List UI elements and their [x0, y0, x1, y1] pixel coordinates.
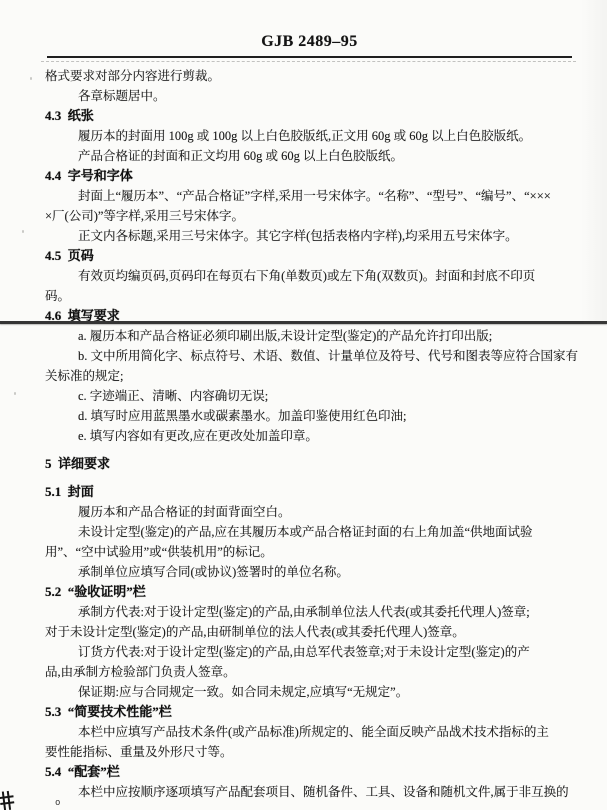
paragraph-line: b. 文中所用简化字、标点符号、术语、数值、计量单位及符号、代号和图表等应符合国…: [45, 346, 575, 366]
section-heading: 5.1 封面: [45, 482, 575, 502]
scan-speck-artifact: [22, 230, 24, 233]
paragraph-line: e. 填写内容如有更改,应在更改处加盖印章。: [45, 426, 575, 446]
paragraph-line: 品,由承制方检验部门负责人签章。: [45, 662, 575, 682]
paragraph-line: 有效页均编页码,页码印在每页右下角(单数页)或左下角(双数页)。封面和封底不印页: [45, 266, 575, 286]
paragraph-line: 格式要求对部分内容进行剪裁。: [45, 66, 575, 86]
paragraph-line: 各章标题居中。: [45, 86, 575, 106]
chapter-heading: 5 详细要求: [45, 454, 575, 474]
paragraph-line: 承制方代表:对于设计定型(鉴定)的产品,由承制单位法人代表(或其委托代理人)签章…: [45, 602, 575, 622]
paragraph-line: a. 履历本和产品合格证必须印刷出版,未设计定型(鉴定)的产品允许打印出版;: [45, 326, 575, 346]
paragraph-line: 封面上“履历本”、“产品合格证”字样,采用一号宋体字。“名称”、“型号”、“编号…: [45, 186, 575, 206]
section-heading: 5.4 “配套”栏: [45, 762, 575, 782]
stray-character: o: [55, 799, 60, 808]
paragraph-line: 承制单位应填写合同(或协议)签署时的单位名称。: [45, 562, 575, 582]
scan-edge-shade: [581, 0, 607, 324]
paragraph-line: 关标准的规定;: [45, 366, 575, 386]
paragraph-line: 保证期:应与合同规定一致。如合同未规定,应填写“无规定”。: [45, 682, 575, 702]
paragraph-line: c. 字迹端正、清晰、内容确切无误;: [45, 386, 575, 406]
scan-smudge-icon: [0, 790, 16, 810]
paragraph-line: 本栏中应按顺序逐项填写产品配套项目、随机备件、工具、设备和随机文件,属于非互换的: [45, 782, 575, 802]
section-heading: 5.2 “验收证明”栏: [45, 582, 575, 602]
paragraph-line: 对于未设计定型(鉴定)的产品,由研制单位的法人代表(或其委托代理人)签章。: [45, 622, 575, 642]
section-heading: 4.5 页码: [45, 246, 575, 266]
section-heading: 4.4 字号和字体: [45, 166, 575, 186]
paragraph-line: 产品合格证的封面和正文均用 60g 或 60g 以上白色胶版纸。: [45, 146, 575, 166]
scan-speck-artifact: [14, 392, 16, 395]
paragraph-line: 正文内各标题,采用三号宋体字。其它字样(包括表格内字样),均采用五号宋体字。: [45, 226, 575, 246]
scanned-document-page: GJB 2489–95 格式要求对部分内容进行剪裁。各章标题居中。4.3 纸张履…: [0, 0, 607, 810]
paragraph-line: 本栏中应填写产品技术条件(或产品标准)所规定的、能全面反映产品战术技术指标的主: [45, 722, 575, 742]
section-heading: 4.3 纸张: [45, 106, 575, 126]
scan-speck-artifact: [30, 77, 32, 80]
document-body: 格式要求对部分内容进行剪裁。各章标题居中。4.3 纸张履历本的封面用 100g …: [45, 66, 575, 802]
header-rule: [47, 56, 572, 58]
paragraph-line: 码。: [45, 286, 575, 306]
section-heading: 5.3 “简要技术性能”栏: [45, 702, 575, 722]
paragraph-line: ×厂(公司)”等字样,采用三号宋体字。: [45, 206, 575, 226]
paragraph-line: 履历本的封面用 100g 或 100g 以上白色胶版纸,正文用 60g 或 60…: [45, 126, 575, 146]
paragraph-line: d. 填写时应用蓝黑墨水或碳素墨水。加盖印鉴使用红色印油;: [45, 406, 575, 426]
doc-number: GJB 2489–95: [47, 33, 572, 51]
paragraph-line: 要性能指标、重量及外形尺寸等。: [45, 742, 575, 762]
paragraph-line: 订货方代表:对于设计定型(鉴定)的产品,由总军代表签章;对于未设计定型(鉴定)的…: [45, 642, 575, 662]
paragraph-line: 未设计定型(鉴定)的产品,应在其履历本或产品合格证封面的右上角加盖“供地面试验: [45, 522, 575, 542]
paragraph-line: 履历本和产品合格证的封面背面空白。: [45, 502, 575, 522]
paragraph-line: 用”、“空中试验用”或“供装机用”的标记。: [45, 542, 575, 562]
scan-line-artifact: [0, 321, 607, 324]
